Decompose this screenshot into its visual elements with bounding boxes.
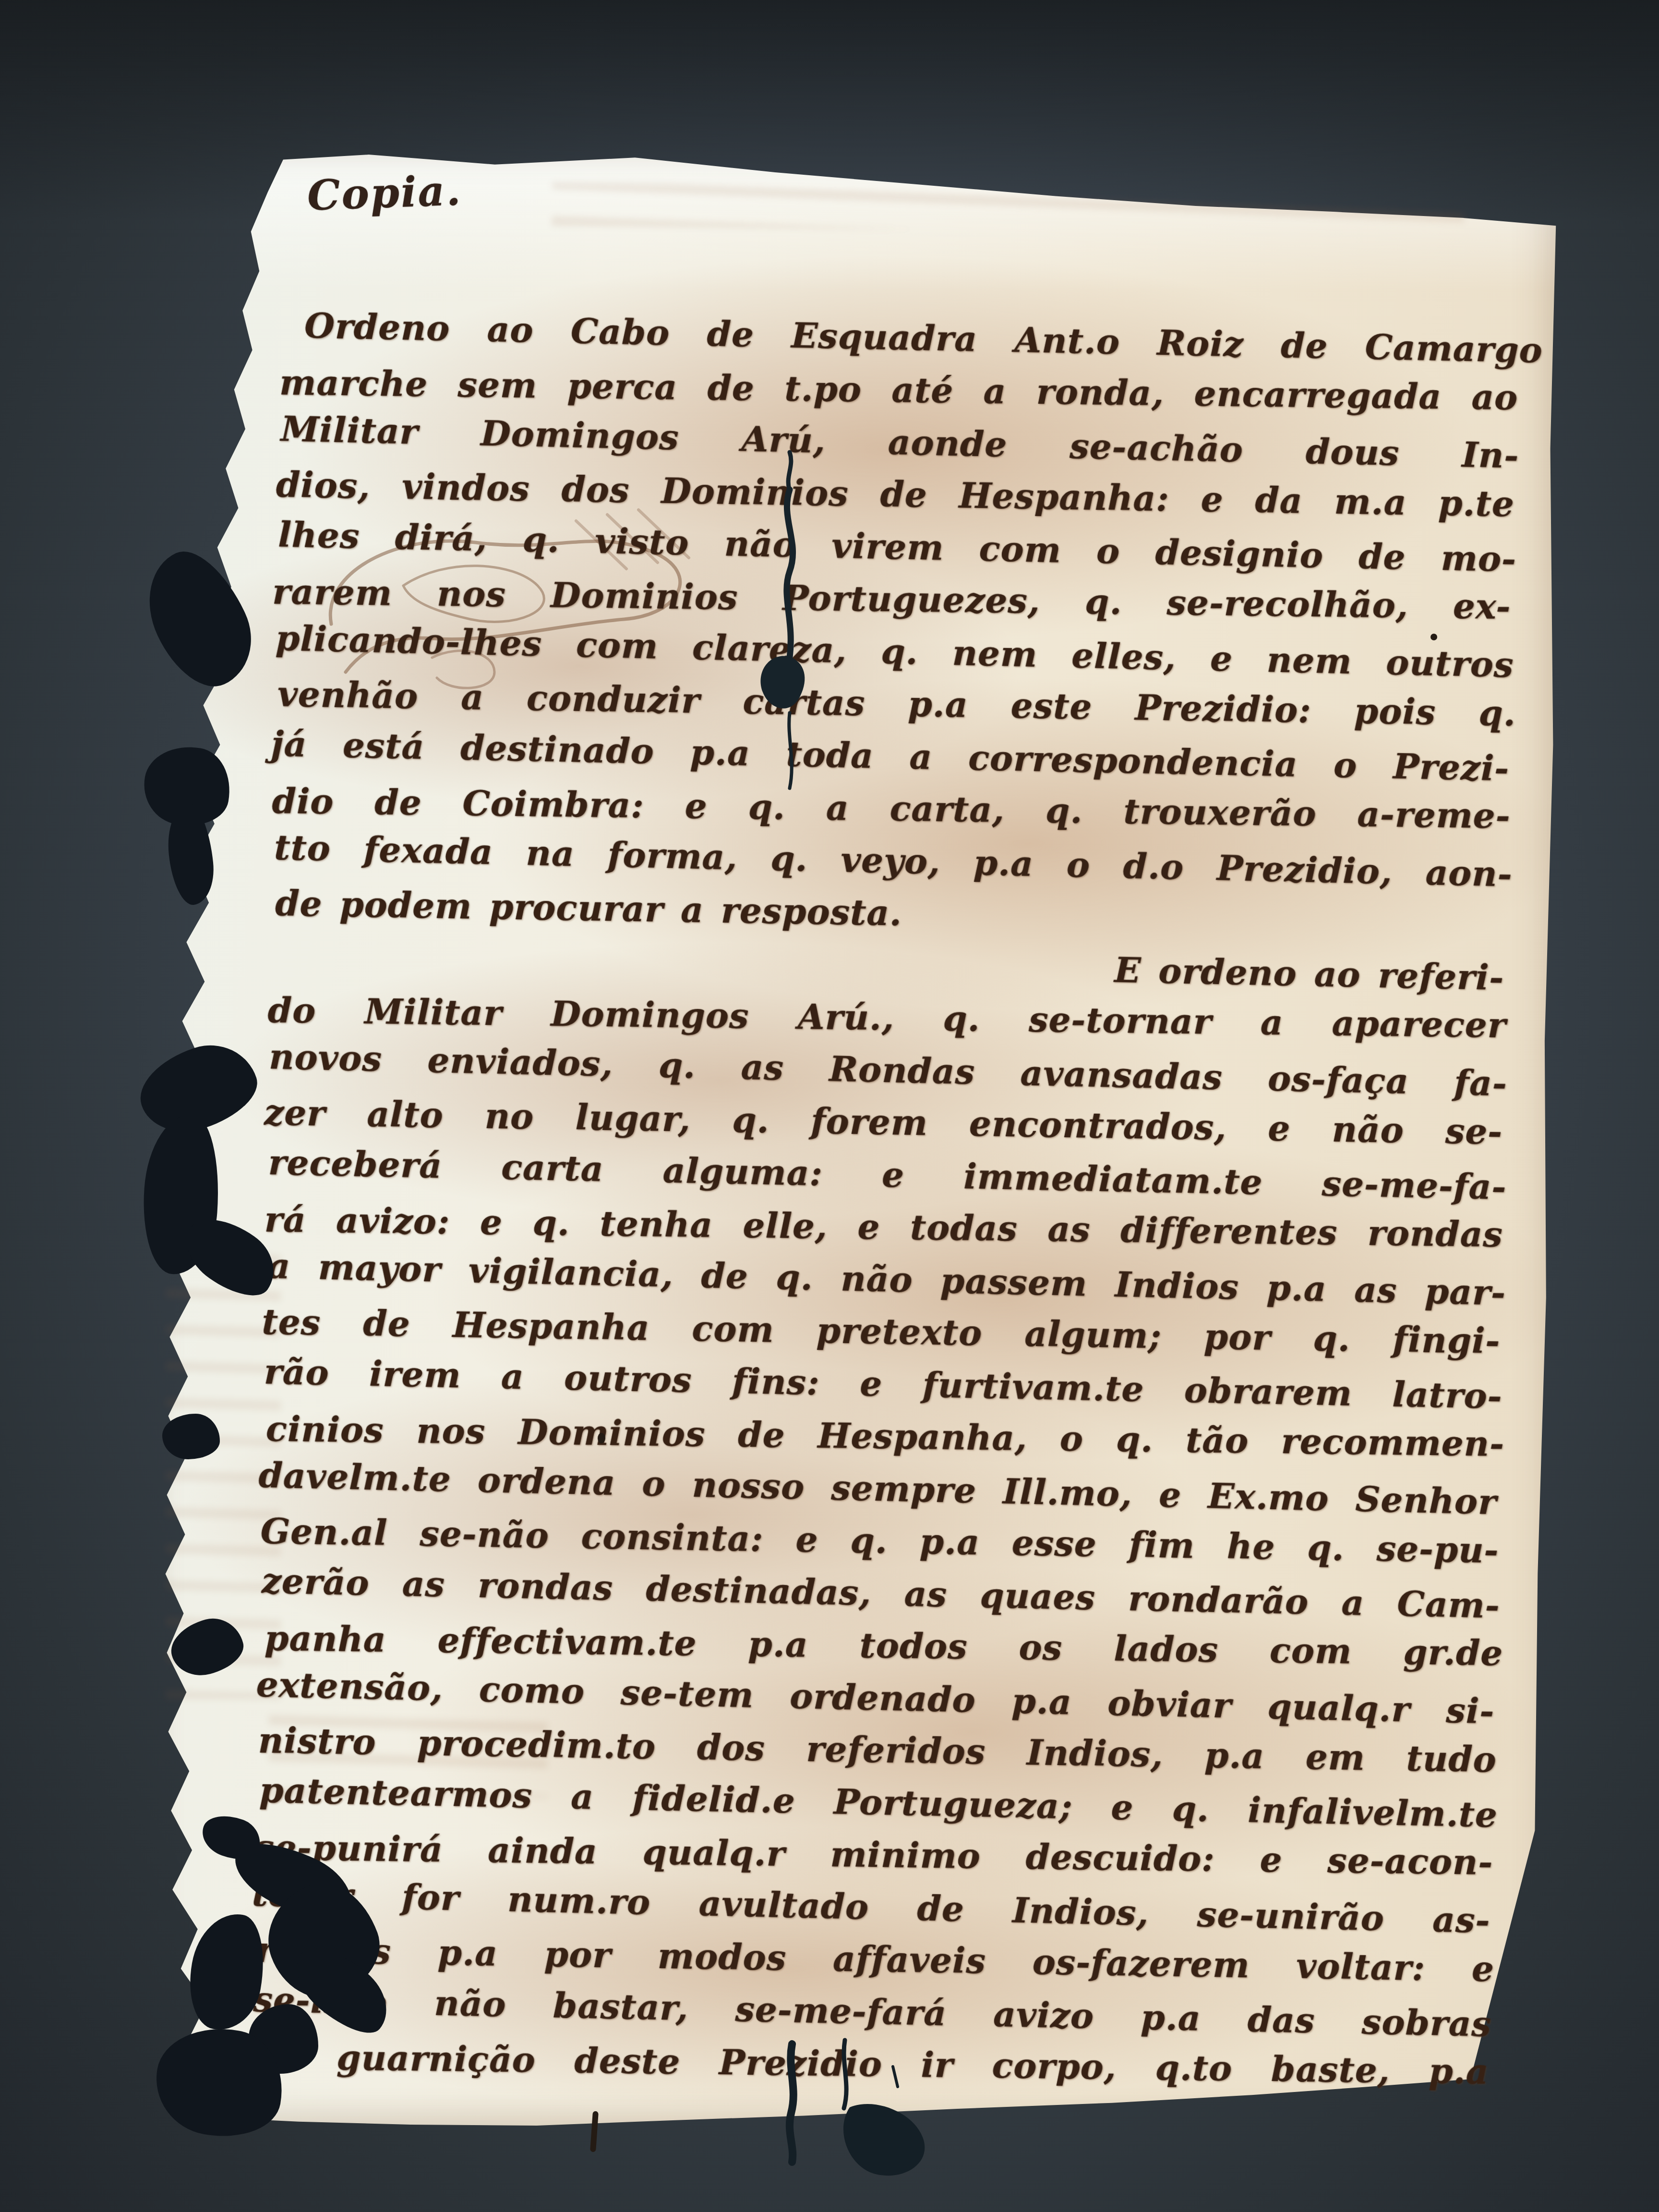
ink-blot-drip — [718, 446, 847, 811]
torn-hole — [162, 1414, 220, 1459]
manuscript-text: Ordeno ao Cabo de Esquadra Ant.o Roiz de… — [248, 302, 1515, 2101]
ink-speck — [598, 1433, 605, 1443]
ink-speck — [1431, 634, 1437, 640]
ink-blot-bottom — [749, 2040, 970, 2212]
document-header: Copia. — [306, 166, 463, 220]
photograph-background: Copia. Ordeno ao Cabo de Esquadra Ant.o … — [0, 0, 1659, 2212]
